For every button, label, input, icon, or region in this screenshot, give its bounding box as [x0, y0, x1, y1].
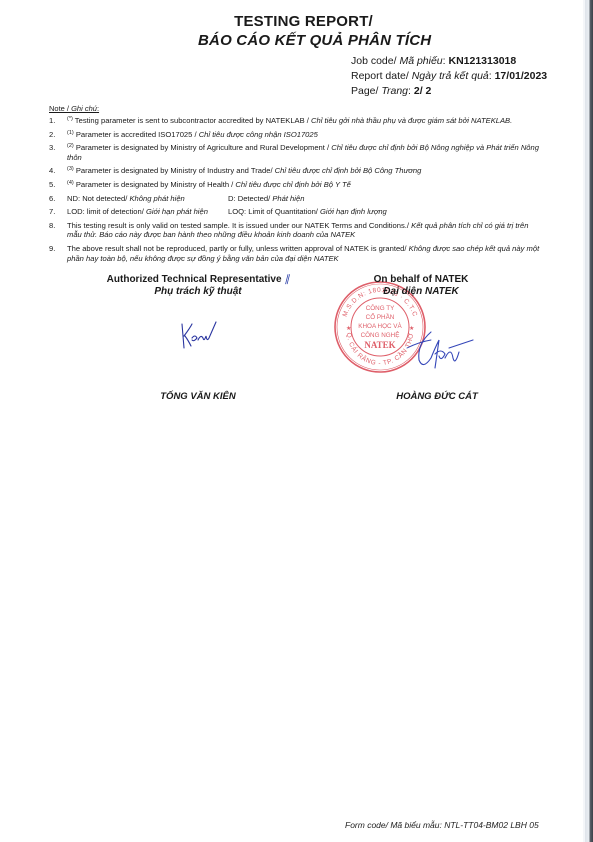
- page-edge: [583, 0, 593, 842]
- report-title-vi: BÁO CÁO KẾT QUẢ PHÂN TÍCH: [198, 32, 431, 49]
- note-col-2: LOQ: Limit of Quantitation/ Giới hạn địn…: [228, 207, 387, 217]
- note-item: 1. (*) Testing parameter is sent to subc…: [49, 116, 544, 126]
- natek-representative-block: On behalf of NATEK Đại diện NATEK: [356, 274, 486, 298]
- report-date: Report date/ Ngày trả kết quả: 17/01/202…: [351, 69, 547, 83]
- note-number: 2.: [49, 130, 55, 140]
- report-date-value: 17/01/2023: [495, 70, 548, 82]
- note-item: 3. (2) Parameter is designated by Minist…: [49, 143, 544, 162]
- note-text-vi: Chỉ tiêu được công nhận ISO17025: [199, 130, 318, 139]
- note-text-en: Testing parameter is sent to subcontract…: [75, 116, 311, 125]
- page-value: 2/ 2: [414, 85, 432, 97]
- note-text-en: D: Detected/: [228, 194, 272, 203]
- signatory-role-en: Authorized Technical Representative ∥: [98, 274, 298, 286]
- note-number: 6.: [49, 194, 55, 204]
- note-number: 5.: [49, 180, 55, 190]
- note-number: 1.: [49, 116, 55, 126]
- note-text-en: Parameter is designated by Ministry of H…: [76, 180, 236, 189]
- job-code-label-en: Job code/: [351, 55, 399, 67]
- svg-text:CỔ PHẦN: CỔ PHẦN: [366, 311, 395, 321]
- role-en-text: Authorized Technical Representative: [107, 274, 282, 285]
- note-number: 9.: [49, 244, 55, 254]
- signatory-name-left: TỐNG VĂN KIÊN: [98, 391, 298, 402]
- note-mark: (2): [67, 143, 74, 149]
- note-item: 5. (4) Parameter is designated by Minist…: [49, 180, 544, 190]
- note-text-en: LOD: limit of detection/: [67, 207, 146, 216]
- note-text-en: Parameter is designated by Ministry of A…: [76, 143, 331, 152]
- signatory-role-en: On behalf of NATEK: [356, 274, 486, 286]
- svg-text:★: ★: [346, 325, 351, 332]
- signature-cat-icon: [405, 318, 475, 374]
- job-code-label-vi: Mã phiếu: [399, 55, 442, 67]
- page-label-vi: Trang: [381, 85, 408, 97]
- note-text-vi: Giới hạn phát hiện: [146, 207, 208, 216]
- note-text-vi: Chỉ tiêu được chỉ định bởi Bộ Y Tế: [235, 180, 350, 189]
- form-code: Form code/ Mã biểu mẫu: NTL-TT04-BM02 LB…: [345, 820, 539, 830]
- signatory-role-vi: Phụ trách kỹ thuật: [98, 286, 298, 298]
- note-text-vi: Phát hiện: [272, 194, 304, 203]
- signature-kien-icon: [178, 318, 218, 352]
- note-number: 4.: [49, 166, 55, 176]
- page-label-en: Page/: [351, 85, 381, 97]
- note-item: 9. The above result shall not be reprodu…: [49, 244, 544, 263]
- note-number: 3.: [49, 143, 55, 153]
- job-code-value: KN121313018: [449, 55, 517, 67]
- note-text-vi: Chỉ tiêu được chỉ định bởi Bộ Công Thươn…: [275, 166, 422, 175]
- note-mark: (1): [67, 130, 74, 136]
- svg-text:CÔNG NGHỆ: CÔNG NGHỆ: [361, 330, 400, 339]
- note-col-1: ND: Not detected/ Không phát hiện: [67, 194, 228, 204]
- note-text-en: Parameter is accredited ISO17025 /: [76, 130, 199, 139]
- note-item: 7. LOD: limit of detection/ Giới hạn phá…: [49, 207, 544, 217]
- note-item: 8. This testing result is only valid on …: [49, 221, 544, 240]
- note-number: 7.: [49, 207, 55, 217]
- note-mark: (3): [67, 166, 74, 172]
- notes-heading-en: Note /: [49, 104, 71, 113]
- svg-text:CÔNG TY: CÔNG TY: [366, 303, 395, 312]
- note-text-en: Parameter is designated by Ministry of I…: [76, 166, 275, 175]
- note-text-en: LOQ: Limit of Quantitation/: [228, 207, 320, 216]
- note-item: 2. (1) Parameter is accredited ISO17025 …: [49, 130, 544, 140]
- pen-mark-icon: ∥: [284, 274, 289, 285]
- note-text-vi: Giới hạn định lượng: [320, 207, 387, 216]
- note-col-1: LOD: limit of detection/ Giới hạn phát h…: [67, 207, 228, 217]
- job-code: Job code/ Mã phiếu: KN121313018: [351, 54, 516, 68]
- signatory-name-right: HOÀNG ĐỨC CÁT: [372, 391, 502, 402]
- notes-heading-vi: Ghi chú: [71, 104, 97, 113]
- report-date-label-vi: Ngày trả kết quả: [412, 70, 489, 82]
- note-text-vi: Chỉ tiêu gởi nhà thầu phụ và được giám s…: [311, 116, 512, 125]
- notes-heading: Note / Ghi chú:: [49, 104, 99, 113]
- svg-text:KHOA HỌC VÀ: KHOA HỌC VÀ: [358, 321, 402, 330]
- note-text-en: This testing result is only valid on tes…: [67, 221, 411, 230]
- note-mark: (4): [67, 180, 74, 186]
- note-number: 8.: [49, 221, 55, 231]
- signatory-role-vi: Đại diện NATEK: [356, 286, 486, 298]
- notes-list: 1. (*) Testing parameter is sent to subc…: [49, 116, 544, 267]
- note-item: 6. ND: Not detected/ Không phát hiện D: …: [49, 194, 544, 204]
- note-text-en: ND: Not detected/: [67, 194, 129, 203]
- svg-text:NATEK: NATEK: [364, 340, 395, 350]
- report-date-label-en: Report date/: [351, 70, 412, 82]
- note-mark: (*): [67, 116, 73, 122]
- note-text-vi: Không phát hiện: [129, 194, 184, 203]
- page-number: Page/ Trang: 2/ 2: [351, 84, 431, 98]
- note-item: 4. (3) Parameter is designated by Minist…: [49, 166, 544, 176]
- note-col-2: D: Detected/ Phát hiện: [228, 194, 304, 204]
- report-title-en: TESTING REPORT/: [0, 13, 593, 30]
- technical-representative-block: Authorized Technical Representative ∥ Ph…: [98, 274, 298, 298]
- note-text-en: The above result shall not be reproduced…: [67, 244, 409, 253]
